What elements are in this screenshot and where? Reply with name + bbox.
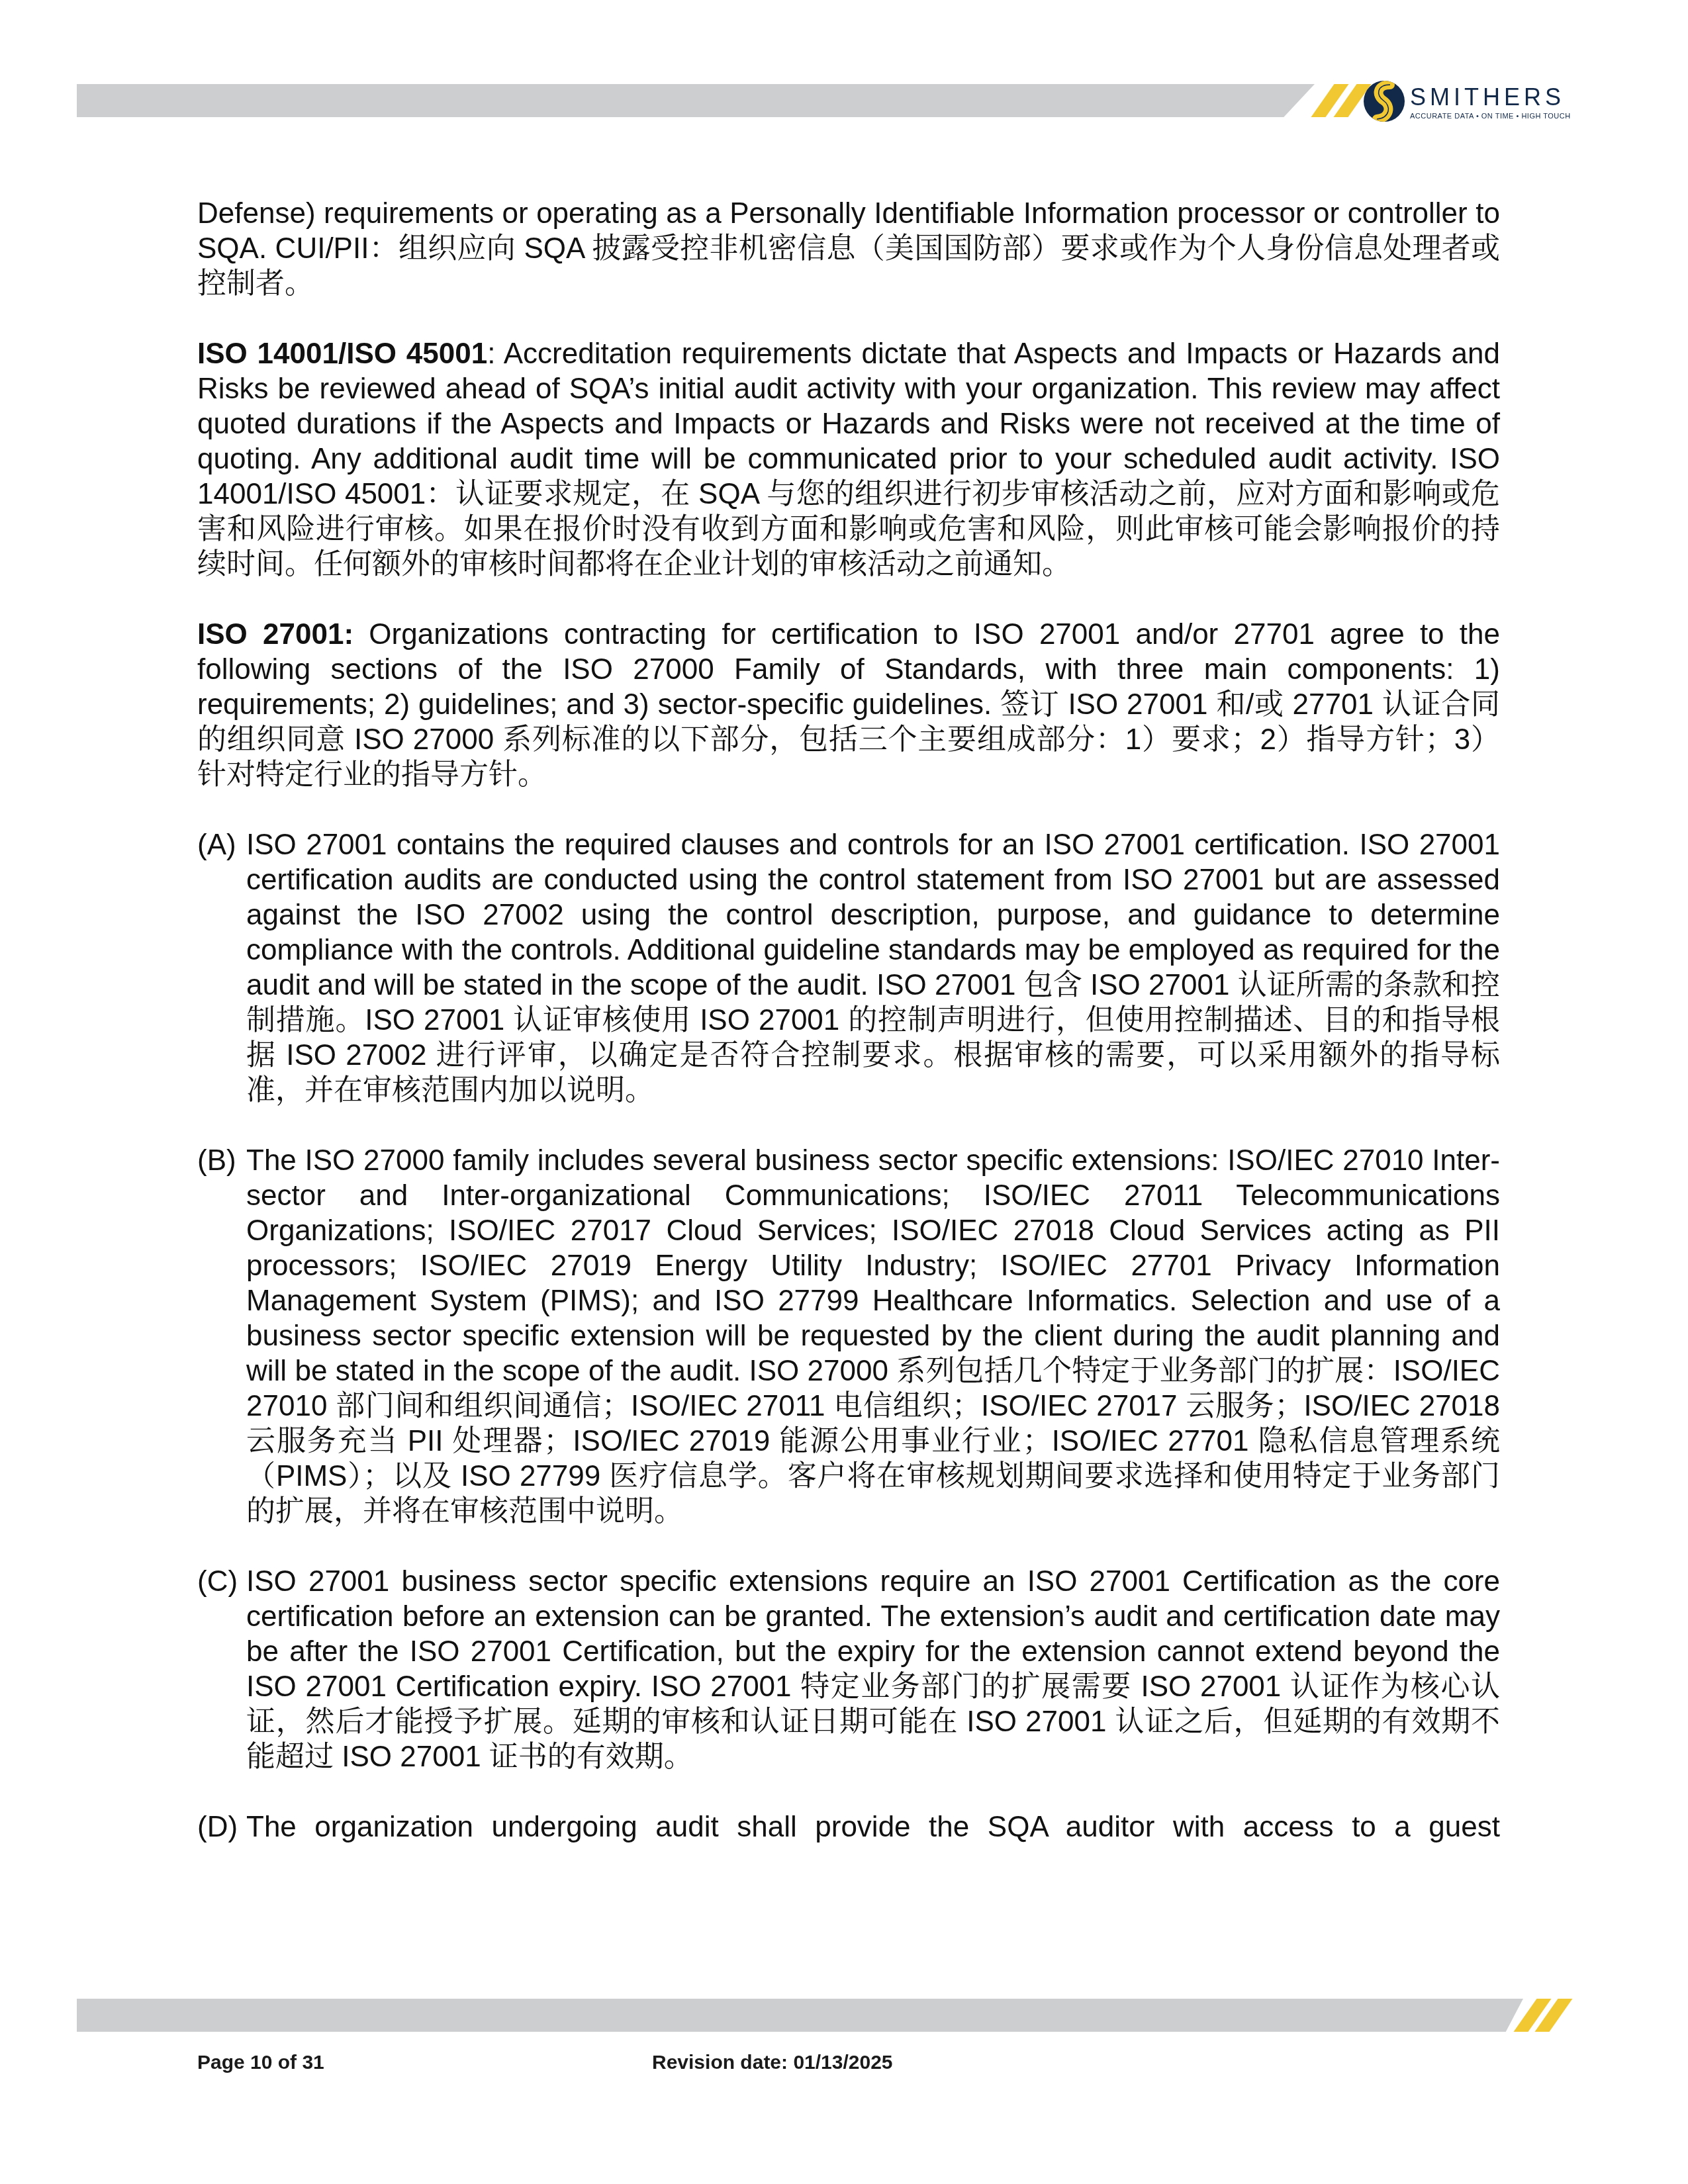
smithers-logo: SMITHERS ACCURATE DATA • ON TIME • HIGH …: [1364, 78, 1575, 124]
document-body: Defense) requirements or operating as a …: [197, 196, 1500, 1880]
list-item-a: (A) ISO 27001 contains the required clau…: [197, 827, 1500, 1108]
list-item-text: ISO 27001 business sector specific exten…: [246, 1565, 1500, 1773]
iso14001-heading: ISO 14001/ISO 45001: [197, 338, 487, 370]
list-item-label: (A): [197, 827, 236, 862]
iso14001-text: : Accreditation requirements dictate tha…: [197, 338, 1500, 580]
list-item-d: (D) The organization undergoing audit sh…: [197, 1809, 1500, 1844]
page-number: Page 10 of 31: [197, 2052, 324, 2074]
list-item-label: (D): [197, 1809, 238, 1844]
iso27001-text: Organizations contracting for certificat…: [197, 618, 1500, 791]
iso14001-paragraph: ISO 14001/ISO 45001: Accreditation requi…: [197, 336, 1500, 582]
footer-accent-stripes-icon: [1523, 1999, 1562, 2032]
list-item-text: ISO 27001 contains the required clauses …: [246, 829, 1500, 1107]
revision-date: Revision date: 01/13/2025: [652, 2052, 893, 2074]
header-accent-stripes-icon: [1317, 84, 1364, 117]
list-item-label: (C): [197, 1564, 238, 1599]
smithers-s-logo-icon: [1364, 81, 1405, 122]
list-item-c: (C) ISO 27001 business sector specific e…: [197, 1564, 1500, 1774]
iso27001-paragraph: ISO 27001: Organizations contracting for…: [197, 617, 1500, 792]
iso27001-heading: ISO 27001:: [197, 618, 353, 651]
list-item-label: (B): [197, 1143, 236, 1178]
brand-name: SMITHERS: [1410, 83, 1565, 111]
list-item-b: (B) The ISO 27000 family includes severa…: [197, 1143, 1500, 1529]
list-item-text: The ISO 27000 family includes several bu…: [246, 1144, 1500, 1527]
header-bar: [77, 84, 1315, 117]
footer-bar: [77, 1999, 1523, 2032]
list-item-text: The organization undergoing audit shall …: [246, 1811, 1500, 1843]
intro-paragraph: Defense) requirements or operating as a …: [197, 196, 1500, 301]
brand-tagline: ACCURATE DATA • ON TIME • HIGH TOUCH: [1410, 113, 1571, 120]
